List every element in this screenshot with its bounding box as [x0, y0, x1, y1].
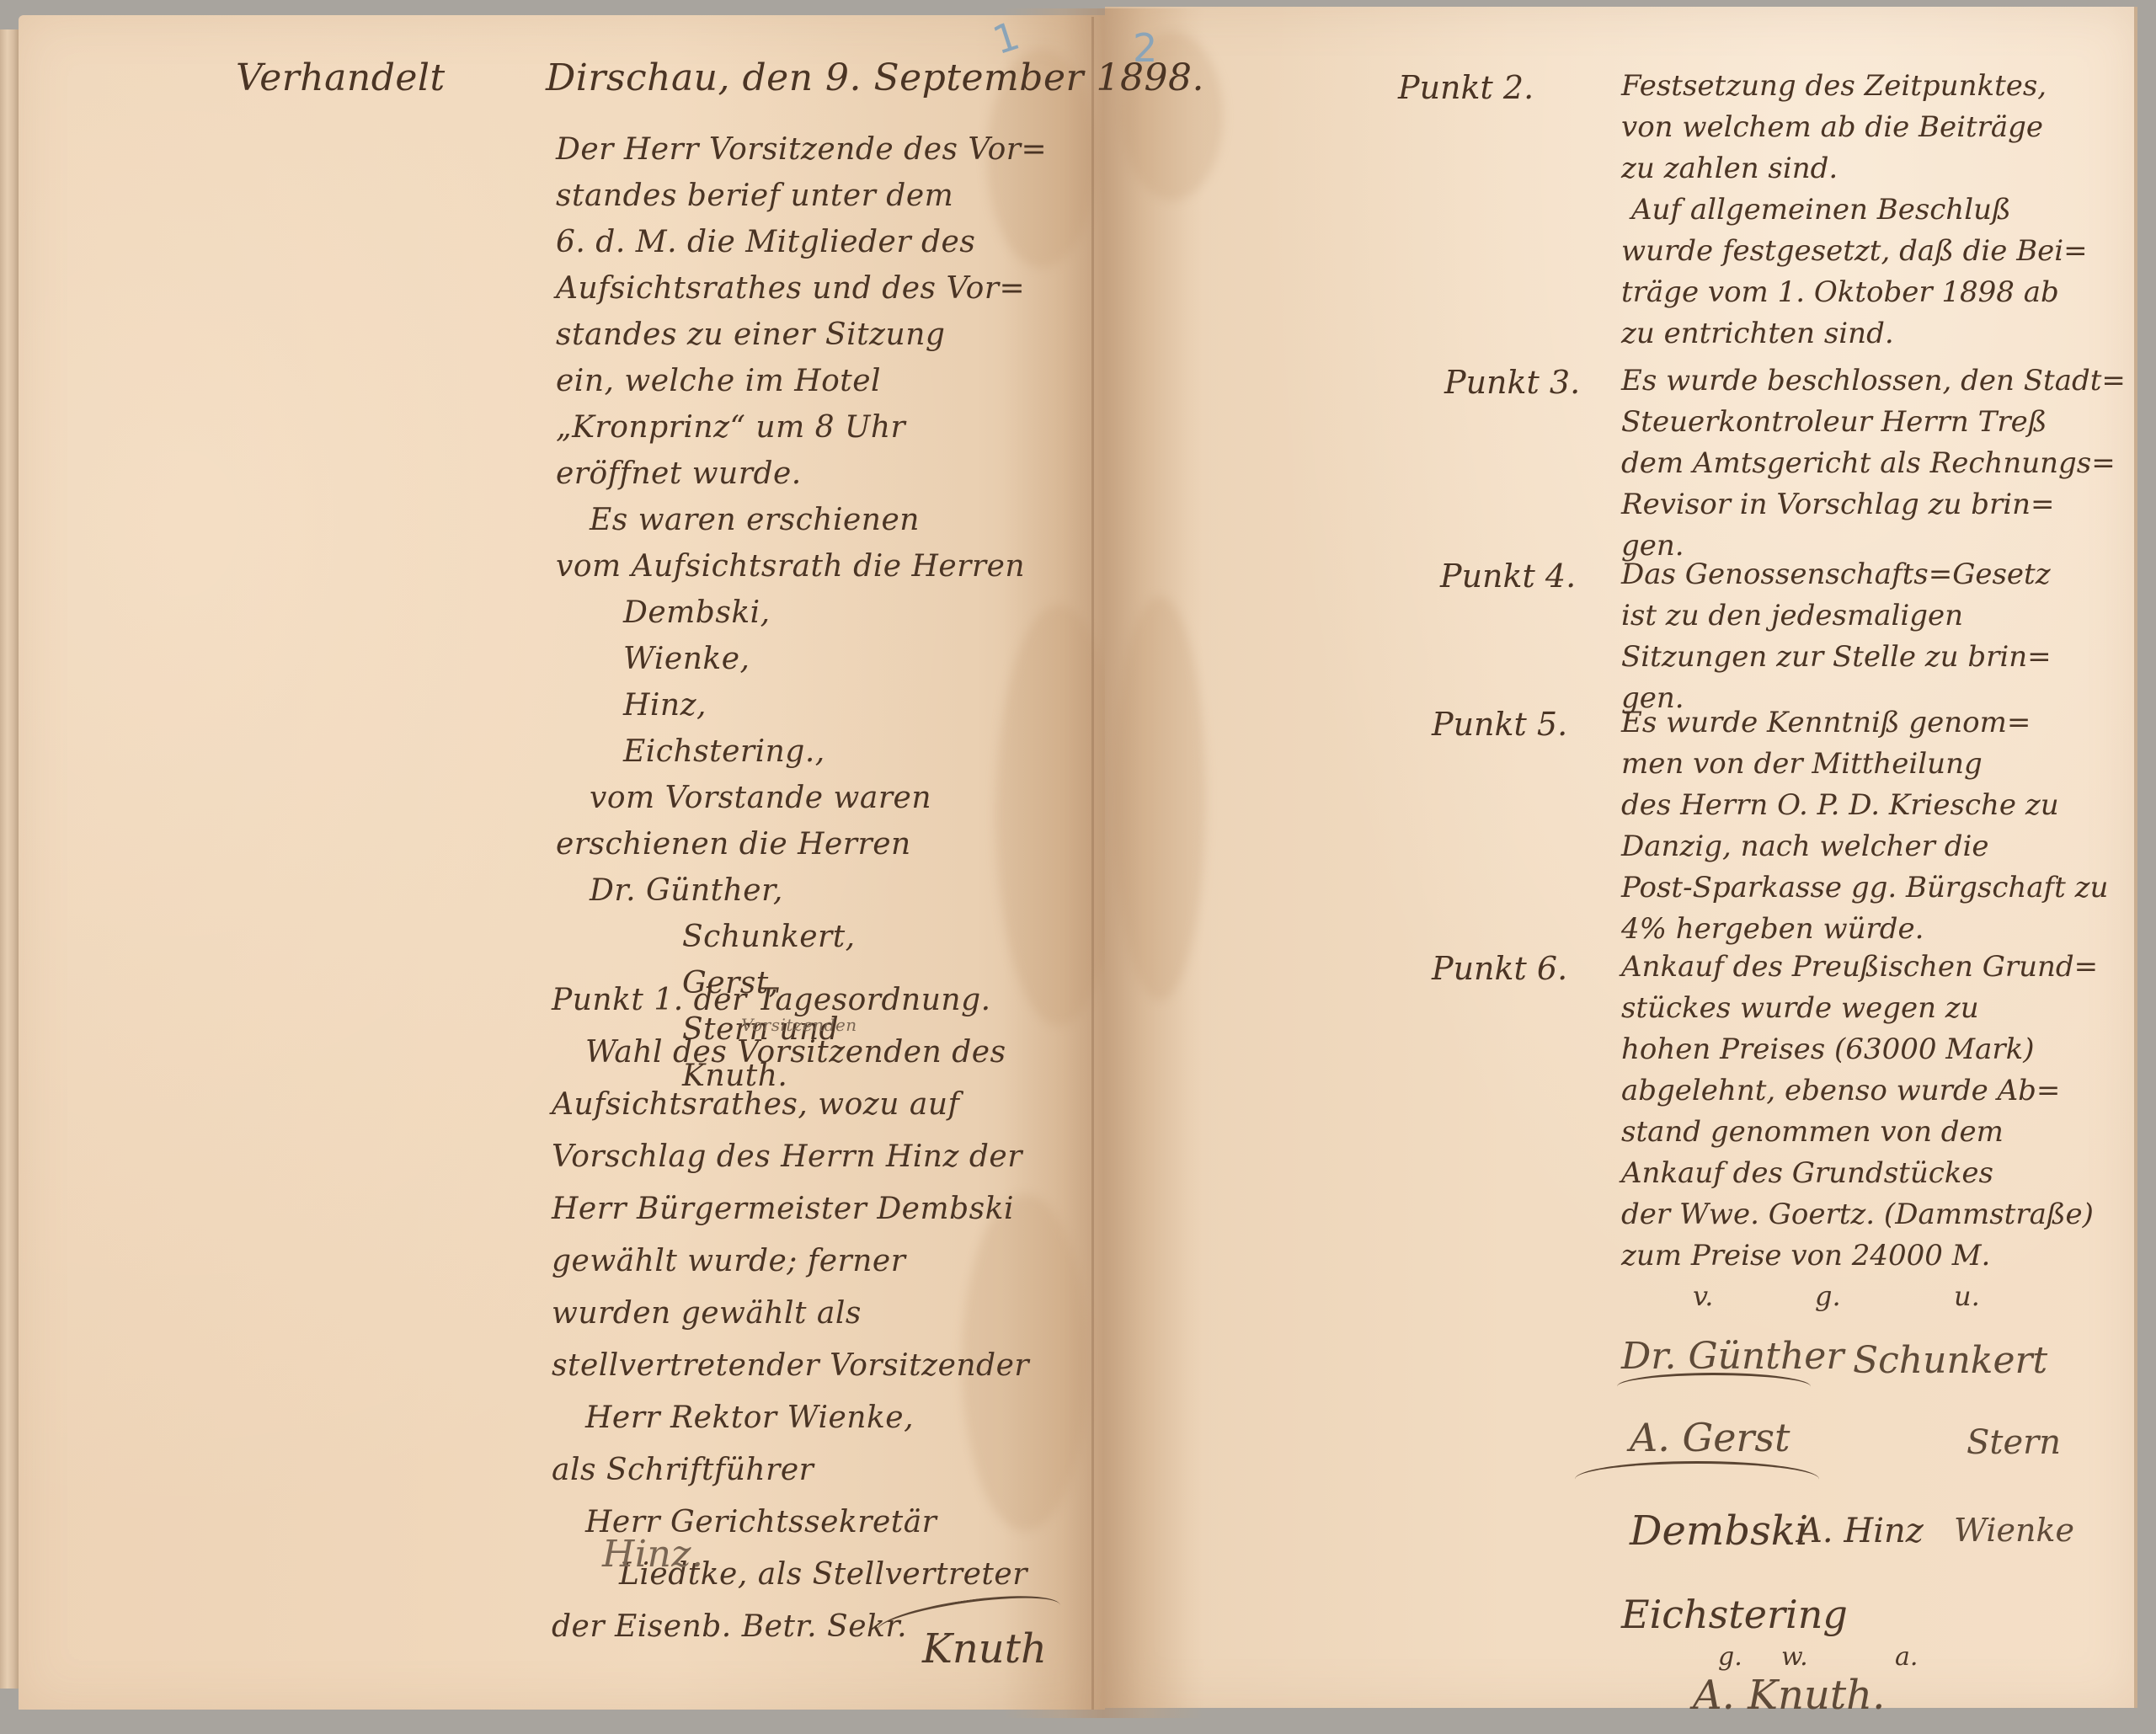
protocol-place-date: Dirschau, den 9. September 1898. [546, 52, 1204, 104]
body-line: Aufsichtsrathes, wozu auf [552, 1081, 1029, 1134]
text-line: stückes wurde wegen zu [1621, 988, 2098, 1029]
member-name: Eichstering., [556, 728, 1078, 775]
body-line: stellvertretender Vorsitzender [552, 1342, 1029, 1395]
body-line: Der Herr Vorsitzende des Vor= [556, 126, 1078, 173]
text-line: Auf allgemeinen Beschluß [1621, 189, 2088, 231]
body-line: Herr Bürgermeister Dembski [552, 1186, 1029, 1238]
signature-eichstering: Eichstering [1621, 1592, 1848, 1637]
text-line: Ankauf des Grundstückes [1621, 1153, 2098, 1194]
punkt-3-label: Punkt 3. [1444, 364, 1580, 401]
text-line: Sitzungen zur Stelle zu brin= [1621, 637, 2052, 678]
body-line: „Kronprinz“ um 8 Uhr [556, 404, 1078, 451]
text-line: der Wwe. Goertz. (Dammstraße) [1621, 1194, 2098, 1235]
body-line: vom Vorstande waren [556, 775, 1078, 821]
text-line: zu zahlen sind. [1621, 148, 2088, 189]
body-line: Aufsichtsrathes und des Vor= [556, 265, 1078, 312]
correction-annotation: Vorsitzenden [741, 1015, 857, 1035]
text-line: Steuerkontroleur Herrn Treß [1621, 402, 2126, 443]
punkt-6-text: Ankauf des Preußischen Grund= stückes wu… [1621, 947, 2098, 1277]
body-line: standes berief unter dem [556, 173, 1078, 219]
body-line: vom Aufsichtsrath die Herren [556, 543, 1078, 590]
body-line: ein, welche im Hotel [556, 358, 1078, 404]
punkt-4-text: Das Genossenschafts=Gesetz ist zu den je… [1621, 554, 2052, 719]
text-line: Es wurde Kenntniß genom= [1621, 702, 2108, 744]
text-line: von welchem ab die Beiträge [1621, 107, 2088, 148]
text-line: Es wurde beschlossen, den Stadt= [1621, 360, 2126, 402]
text-line: Ankauf des Preußischen Grund= [1621, 947, 2098, 988]
signature-stern: Stern [1967, 1423, 2061, 1462]
text-line: men von der Mittheilung [1621, 744, 2108, 785]
body-line: Es waren erschienen [556, 497, 1078, 543]
text-line: wurde festgesetzt, daß die Bei= [1621, 231, 2088, 272]
body-line: standes zu einer Sitzung [556, 312, 1078, 358]
punkt-6-label: Punkt 6. [1432, 950, 1567, 987]
signature-knuth-left: Knuth [922, 1625, 1047, 1673]
closing-abbrev-a2: a. [1895, 1642, 1918, 1672]
punkt-5-label: Punkt 5. [1432, 706, 1567, 743]
text-line: zum Preise von 24000 M. [1621, 1235, 2098, 1277]
member-name: Hinz, [556, 682, 1078, 728]
member-name: Dembski, [556, 590, 1078, 636]
right-page-edge [2134, 7, 2137, 1708]
closing-abbrev-u: u. [1954, 1280, 1980, 1312]
text-line: Festsetzung des Zeitpunktes, [1621, 66, 2088, 107]
signature-flourish [1575, 1461, 1819, 1497]
text-line: Das Genossenschafts=Gesetz [1621, 554, 2052, 595]
text-line: abgelehnt, ebenso wurde Ab= [1621, 1070, 2098, 1112]
text-line: des Herrn O. P. D. Kriesche zu [1621, 785, 2108, 826]
signature-guenther: Dr. Günther [1621, 1335, 1844, 1378]
text-line: zu entrichten sind. [1621, 313, 2088, 355]
signature-flourish [1617, 1373, 1811, 1401]
book-spread: 1 2 Verhandelt Dirschau, den 9. Septembe… [0, 0, 2156, 1734]
member-name: Schunkert, [556, 914, 1078, 960]
body-line: 6. d. M. die Mitglieder des [556, 219, 1078, 265]
left-body-text: Der Herr Vorsitzende des Vor= standes be… [556, 126, 1078, 1099]
text-line: Danzig, nach welcher die [1621, 826, 2108, 867]
book-binding [0, 29, 19, 1689]
punkt-2-label: Punkt 2. [1398, 69, 1534, 106]
body-line: Herr Rektor Wienke, [552, 1395, 1029, 1447]
body-line: Wahl des Vorsitzenden des [552, 1029, 1029, 1081]
member-name: Dr. Günther, [556, 867, 1078, 914]
text-line: hohen Preises (63000 Mark) [1621, 1029, 2098, 1070]
signature-gerst: A. Gerst [1630, 1415, 1790, 1460]
text-line: Post-Sparkasse gg. Bürgschaft zu [1621, 867, 2108, 909]
body-line: eröffnet wurde. [556, 451, 1078, 497]
text-line: dem Amtsgericht als Rechnungs= [1621, 443, 2126, 484]
body-line: Vorschlag des Herrn Hinz der [552, 1134, 1029, 1186]
text-line: 4% hergeben würde. [1621, 909, 2108, 950]
protocol-header-label: Verhandelt [236, 52, 446, 104]
punkt-4-label: Punkt 4. [1440, 558, 1576, 595]
faint-signature-hinz: Hinz. [602, 1529, 703, 1581]
text-line: ist zu den jedesmaligen [1621, 595, 2052, 637]
punkt-5-text: Es wurde Kenntniß genom= men von der Mit… [1621, 702, 2108, 950]
text-line: Revisor in Vorschlag zu brin= [1621, 484, 2126, 526]
text-line: stand genommen von dem [1621, 1112, 2098, 1153]
closing-abbrev-g2: g. [1718, 1642, 1742, 1672]
signature-wienke: Wienke [1954, 1512, 2074, 1549]
body-line: als Schriftführer [552, 1447, 1029, 1499]
closing-abbrev-w2: w. [1781, 1642, 1808, 1672]
member-name: Wienke, [556, 636, 1078, 682]
signature-schunkert: Schunkert [1853, 1339, 2047, 1382]
punkt-2-text: Festsetzung des Zeitpunktes, von welchem… [1621, 66, 2088, 355]
body-line: erschienen die Herren [556, 821, 1078, 867]
text-line: träge vom 1. Oktober 1898 ab [1621, 272, 2088, 313]
body-line: gewählt wurde; ferner [552, 1238, 1029, 1290]
signature-knuth-right: A. Knuth. [1693, 1672, 1885, 1719]
gutter-fold [1091, 17, 1094, 1710]
closing-abbrev-g: g. [1815, 1280, 1841, 1312]
punkt-3-text: Es wurde beschlossen, den Stadt= Steuerk… [1621, 360, 2126, 567]
signature-hinz: A. Hinz [1798, 1512, 1924, 1550]
signature-dembski: Dembski [1630, 1507, 1808, 1555]
body-line: wurden gewählt als [552, 1290, 1029, 1342]
closing-abbrev-v: v. [1693, 1280, 1713, 1312]
